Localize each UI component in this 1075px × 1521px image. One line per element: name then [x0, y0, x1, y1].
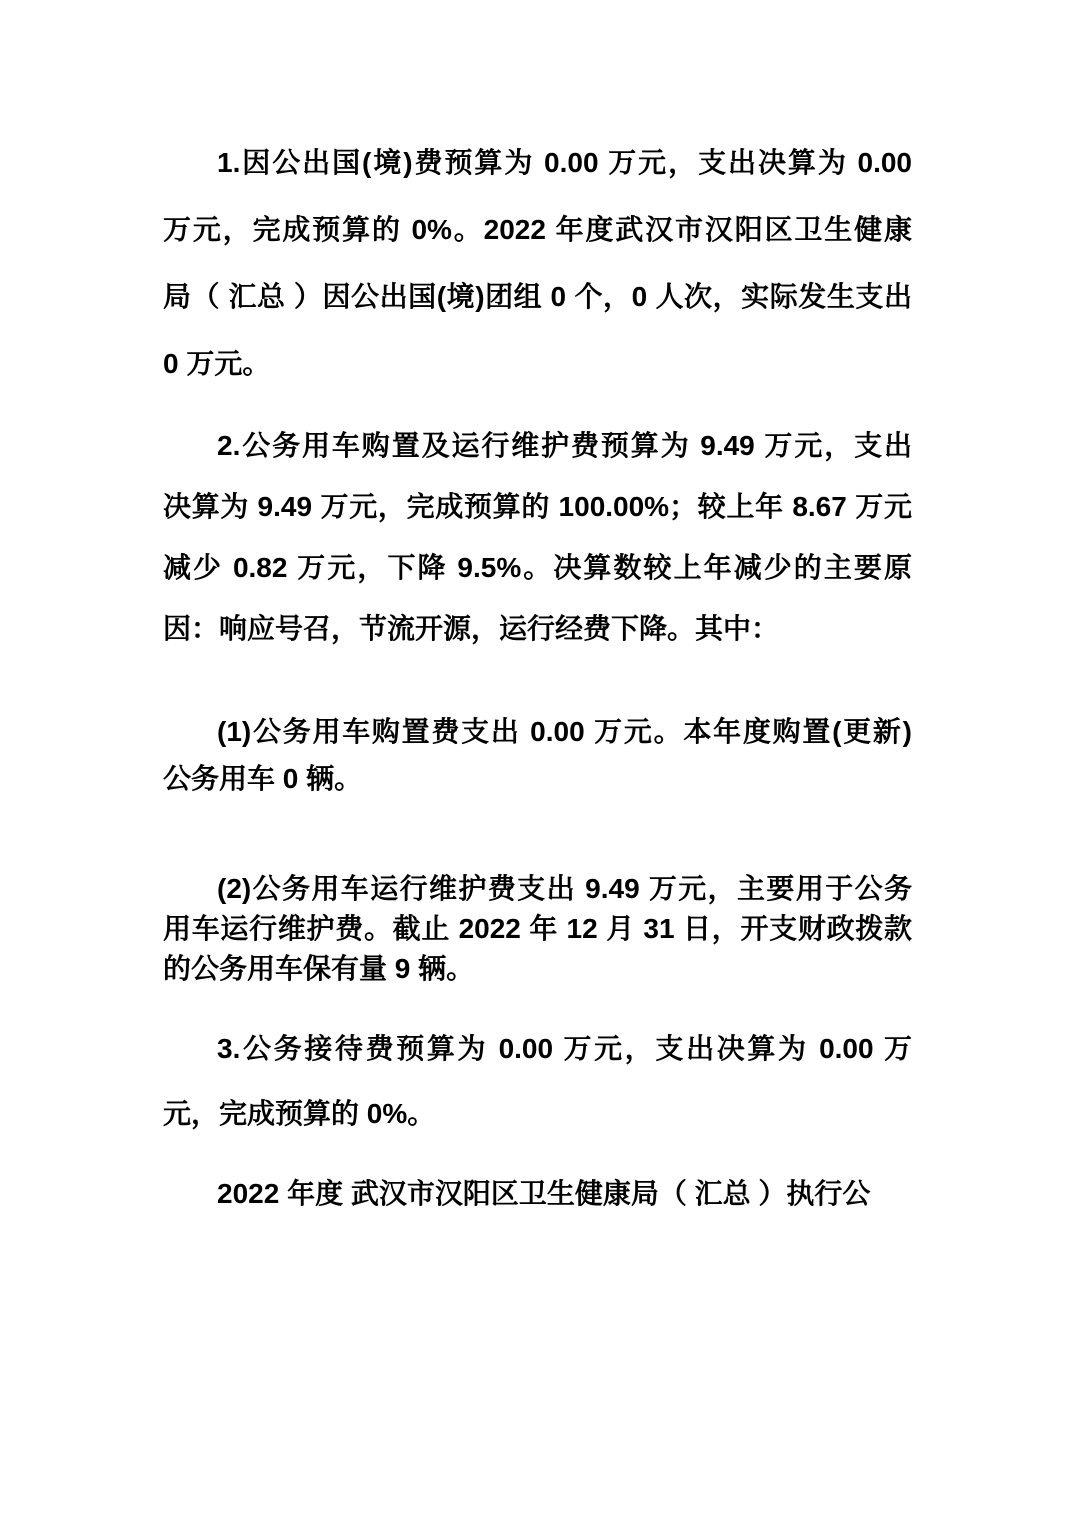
- paragraph-1: 1.因公出国(境)费预算为 0.00 万元，支出决算为 0.00 万元，完成预算…: [163, 129, 912, 397]
- paragraph-6: 2022 年度 武汉市汉阳区卫生健康局（ 汇总 ）执行公: [163, 1161, 912, 1227]
- text-line: 3.公务接待费预算为 0.00 万元，支出决算为 0.00 万: [163, 1016, 912, 1081]
- text-line: 因：响应号召，节流开源，运行经费下降。其中：: [163, 598, 912, 659]
- text-line: 0 万元。: [163, 330, 912, 397]
- paragraph-2: 2.公务用车购置及运行维护费预算为 9.49 万元，支出 决算为 9.49 万元…: [163, 415, 912, 659]
- text-line: 减少 0.82 万元，下降 9.5%。决算数较上年减少的主要原: [163, 537, 912, 598]
- text-line: 2022 年度 武汉市汉阳区卫生健康局（ 汇总 ）执行公: [163, 1161, 912, 1227]
- text-line: 用车运行维护费。截止 2022 年 12 月 31 日，开支财政拨款: [163, 909, 912, 949]
- document-canvas: { "page": { "background_color": "#ffffff…: [0, 0, 1075, 1521]
- text-line: 局（ 汇总 ）因公出国(境)团组 0 个，0 人次，实际发生支出: [163, 263, 912, 330]
- text-line: 1.因公出国(境)费预算为 0.00 万元，支出决算为 0.00: [163, 129, 912, 196]
- text-line: 元，完成预算的 0%。: [163, 1081, 912, 1146]
- paragraph-4: (2)公务用车运行维护费支出 9.49 万元，主要用于公务 用车运行维护费。截止…: [163, 869, 912, 989]
- text-line: (1)公务用车购置费支出 0.00 万元。本年度购置(更新): [163, 708, 912, 755]
- text-line: 万元，完成预算的 0%。2022 年度武汉市汉阳区卫生健康: [163, 196, 912, 263]
- paragraph-5: 3.公务接待费预算为 0.00 万元，支出决算为 0.00 万 元，完成预算的 …: [163, 1016, 912, 1146]
- text-line: 2.公务用车购置及运行维护费预算为 9.49 万元，支出: [163, 415, 912, 476]
- text-line: 决算为 9.49 万元，完成预算的 100.00%；较上年 8.67 万元: [163, 476, 912, 537]
- text-line: 公务用车 0 辆。: [163, 755, 912, 802]
- document-text-area: 1.因公出国(境)费预算为 0.00 万元，支出决算为 0.00 万元，完成预算…: [163, 0, 912, 1227]
- text-line: 的公务用车保有量 9 辆。: [163, 949, 912, 989]
- paragraph-3: (1)公务用车购置费支出 0.00 万元。本年度购置(更新) 公务用车 0 辆。: [163, 708, 912, 802]
- text-line: (2)公务用车运行维护费支出 9.49 万元，主要用于公务: [163, 869, 912, 909]
